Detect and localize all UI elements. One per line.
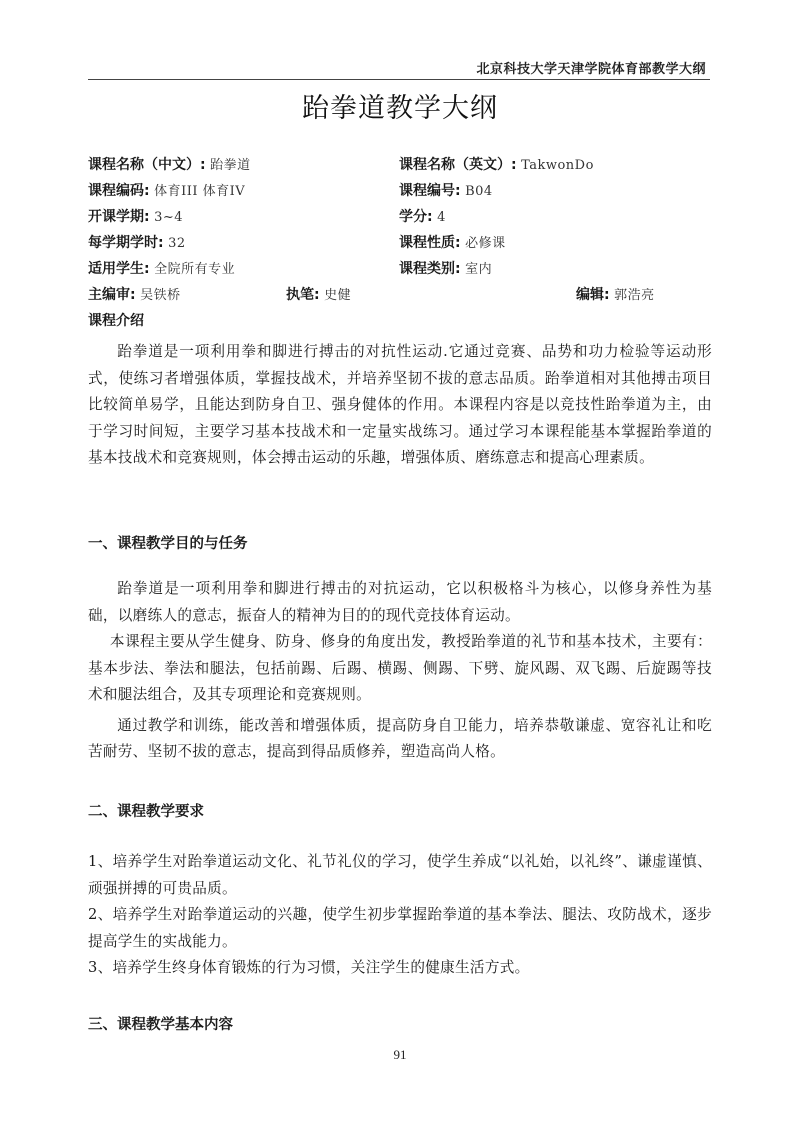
paragraph: 本课程主要从学生健身、防身、修身的角度出发，教授跆拳道的礼节和基本技术，主要有：… bbox=[88, 629, 712, 709]
field-label: 执笔: bbox=[286, 287, 320, 303]
course-number-field: 课程编号: B04 bbox=[399, 178, 493, 205]
field-label: 开课学期: bbox=[88, 209, 150, 225]
field-value: 室内 bbox=[465, 262, 492, 277]
field-value: 必修课 bbox=[465, 236, 506, 251]
info-row: 每学期学时: 32 课程性质: 必修课 bbox=[88, 230, 718, 256]
info-row: 适用学生: 全院所有专业 课程类别: 室内 bbox=[88, 256, 718, 282]
section-heading-3: 三、课程教学基本内容 bbox=[88, 1013, 233, 1034]
info-row: 课程名称（中文）: 跆拳道 课程名称（英文）: TakwonDo bbox=[88, 152, 718, 178]
writer-field: 执笔: 史健 bbox=[286, 282, 351, 309]
course-nature-field: 课程性质: 必修课 bbox=[399, 230, 506, 257]
field-label: 课程编号: bbox=[399, 183, 461, 199]
course-category-field: 课程类别: 室内 bbox=[399, 256, 492, 283]
field-value: 全院所有专业 bbox=[154, 262, 235, 277]
running-header: 北京科技大学天津学院体育部教学大纲 bbox=[88, 58, 706, 77]
field-label: 适用学生: bbox=[88, 261, 150, 277]
course-info-block: 课程名称（中文）: 跆拳道 课程名称（英文）: TakwonDo 课程编码: 体… bbox=[88, 152, 718, 334]
field-label: 学分: bbox=[399, 209, 433, 225]
field-value: 史健 bbox=[324, 288, 351, 303]
section-heading-1: 一、课程教学目的与任务 bbox=[88, 532, 248, 553]
field-label: 主编审: bbox=[88, 287, 136, 303]
field-value: 郭浩亮 bbox=[614, 288, 655, 303]
course-code-field: 课程编码: 体育III 体育IV bbox=[88, 178, 245, 205]
semester-field: 开课学期: 3~4 bbox=[88, 204, 183, 231]
info-row: 开课学期: 3~4 学分: 4 bbox=[88, 204, 718, 230]
field-value: 4 bbox=[437, 210, 446, 225]
field-label: 课程性质: bbox=[399, 235, 461, 251]
field-value: 3~4 bbox=[154, 210, 183, 225]
editor-field: 编辑: 郭浩亮 bbox=[576, 282, 655, 309]
applicable-students-field: 适用学生: 全院所有专业 bbox=[88, 256, 235, 283]
field-value: B04 bbox=[465, 184, 493, 199]
course-name-cn-field: 课程名称（中文）: 跆拳道 bbox=[88, 152, 251, 179]
field-label: 每学期学时: bbox=[88, 235, 164, 251]
field-label: 编辑: bbox=[576, 287, 610, 303]
field-label: 课程编码: bbox=[88, 183, 150, 199]
list-item: 1、培养学生对跆拳道运动文化、礼节礼仪的学习，使学生养成“以礼始，以礼终”、谦虚… bbox=[88, 849, 712, 902]
section-1-body: 跆拳道是一项利用拳和脚进行搏击的对抗运动，它以积极格斗为核心，以修身养性为基础，… bbox=[88, 576, 712, 766]
intro-paragraph: 跆拳道是一项利用拳和脚进行搏击的对抗性运动.它通过竞赛、品势和功力检验等运动形式… bbox=[88, 339, 712, 472]
intro-body: 跆拳道是一项利用拳和脚进行搏击的对抗性运动.它通过竞赛、品势和功力检验等运动形式… bbox=[88, 339, 712, 472]
info-row: 课程介绍 bbox=[88, 308, 718, 334]
info-row: 主编审: 吴铁桥 执笔: 史健 编辑: 郭浩亮 bbox=[88, 282, 718, 308]
credits-field: 学分: 4 bbox=[399, 204, 446, 231]
field-label: 课程名称（英文）: bbox=[399, 157, 517, 173]
field-value: 32 bbox=[168, 236, 186, 251]
field-label: 课程类别: bbox=[399, 261, 461, 277]
field-value: TakwonDo bbox=[521, 158, 594, 173]
list-item: 3、培养学生终身体育锻炼的行为习惯，关注学生的健康生活方式。 bbox=[88, 955, 712, 982]
document-title: 跆拳道教学大纲 bbox=[0, 86, 800, 125]
section-2-body: 1、培养学生对跆拳道运动文化、礼节礼仪的学习，使学生养成“以礼始，以礼终”、谦虚… bbox=[88, 849, 712, 982]
info-row: 课程编码: 体育III 体育IV 课程编号: B04 bbox=[88, 178, 718, 204]
chief-reviewer-field: 主编审: 吴铁桥 bbox=[88, 282, 181, 309]
page-number: 91 bbox=[0, 1047, 800, 1063]
field-value: 体育III 体育IV bbox=[154, 184, 245, 199]
field-value: 吴铁桥 bbox=[140, 288, 181, 303]
intro-heading: 课程介绍 bbox=[88, 308, 144, 334]
list-item: 2、培养学生对跆拳道运动的兴趣，使学生初步掌握跆拳道的基本拳法、腿法、攻防战术，… bbox=[88, 902, 712, 955]
paragraph: 跆拳道是一项利用拳和脚进行搏击的对抗运动，它以积极格斗为核心，以修身养性为基础，… bbox=[88, 576, 712, 629]
header-divider bbox=[88, 79, 710, 80]
course-name-en-field: 课程名称（英文）: TakwonDo bbox=[399, 152, 594, 179]
field-label: 课程名称（中文）: bbox=[88, 157, 206, 173]
field-value: 跆拳道 bbox=[210, 158, 251, 173]
section-heading-2: 二、课程教学要求 bbox=[88, 800, 204, 821]
paragraph: 通过教学和训练，能改善和增强体质，提高防身自卫能力，培养恭敬谦虚、宽容礼让和吃苦… bbox=[88, 713, 712, 766]
hours-field: 每学期学时: 32 bbox=[88, 230, 186, 257]
